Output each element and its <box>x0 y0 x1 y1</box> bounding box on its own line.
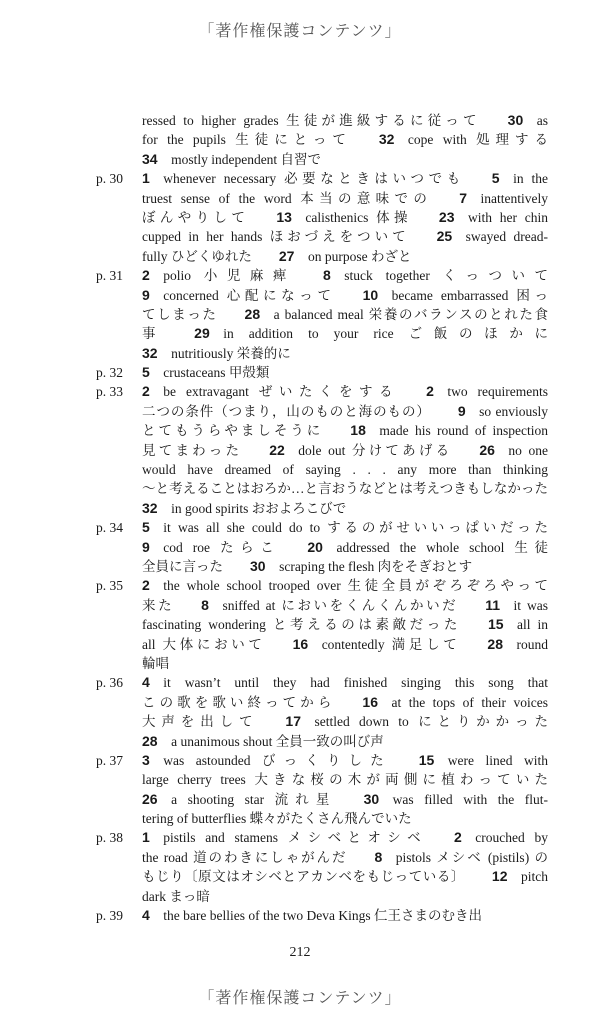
text-line: 9 concerned 心配になって 10 became embarrassed… <box>142 286 548 305</box>
gloss-text: at the tops of their voices <box>392 695 549 710</box>
page-label: p. 38 <box>96 828 142 906</box>
line-number: 2 <box>142 577 150 593</box>
gloss-text: it was all she could do to するのがせいいっぱいだった <box>163 520 548 535</box>
line-number: 5 <box>142 519 150 535</box>
text-line: 輪唱 <box>142 654 548 673</box>
gloss-text: dole out 分けてあげる <box>298 443 452 458</box>
text-line: fascinating wondering と考えるのは素敵だった 15 all… <box>142 615 548 634</box>
line-number: 26 <box>479 442 495 458</box>
gloss-text: as <box>537 113 548 128</box>
entry-lines: 1 whenever necessary 必要なときはいつでも 5 in the… <box>142 169 548 266</box>
entry-lines: 2 polio 小児麻痺 8 stuck together くっついて9 con… <box>142 266 548 363</box>
page-number: 212 <box>0 945 600 961</box>
line-number: 10 <box>363 287 379 303</box>
text-line: ぼんやりして 13 calisthenics 体操 23 with her ch… <box>142 208 548 227</box>
line-number: 5 <box>142 364 150 380</box>
line-number: 30 <box>250 558 266 574</box>
page-entry: p. 364 it wasn’t until they had finished… <box>96 673 548 751</box>
line-number: 32 <box>142 500 158 516</box>
line-number: 12 <box>492 868 508 884</box>
line-number: 7 <box>459 190 467 206</box>
line-number: 9 <box>458 403 466 419</box>
gloss-text: round <box>517 637 549 652</box>
page-entry: p. 352 the whole school trooped over 生徒全… <box>96 576 548 673</box>
text-line: 3 was astounded びっくりした 15 were lined wit… <box>142 751 548 770</box>
gloss-text: the road 道のわきにしゃがんだ <box>142 850 347 865</box>
line-number: 20 <box>307 539 323 555</box>
line-number: 16 <box>362 694 378 710</box>
gloss-text: in addition to your rice ご飯のほかに <box>223 326 548 341</box>
page-label: p. 32 <box>96 363 142 382</box>
entry-lines: 5 crustaceans 甲殻類 <box>142 363 548 382</box>
text-line: 28 a unanimous shout 全員一致の叫び声 <box>142 732 548 751</box>
gloss-text: on purpose わざと <box>308 249 412 264</box>
page-entries: p. 301 whenever necessary 必要なときはいつでも 5 i… <box>96 169 548 925</box>
text-line: would have dreamed of saying . . . any m… <box>142 460 548 479</box>
gloss-text: settled down to にとりかかった <box>315 714 549 729</box>
gloss-text: ressed to higher grades 生徒が進級するに従って <box>142 113 481 128</box>
gloss-text: 全員に言った <box>142 559 223 574</box>
gloss-text: 事 <box>142 326 167 341</box>
line-number: 9 <box>142 287 150 303</box>
text-line: ～と考えることはおろか…と言おうなどとは考えつきもしなかった <box>142 479 548 498</box>
line-number: 32 <box>379 131 395 147</box>
line-number: 8 <box>201 597 209 613</box>
text-line: 2 be extravagant ぜいたくをする 2 two requireme… <box>142 382 548 401</box>
gloss-text: the bare bellies of the two Deva Kings 仁… <box>163 908 482 923</box>
gloss-text: crouched by <box>475 830 548 845</box>
gloss-text: concerned 心配になって <box>163 288 335 303</box>
gloss-text: a unanimous shout 全員一致の叫び声 <box>171 734 384 749</box>
line-number: 15 <box>488 616 504 632</box>
line-number: 9 <box>142 539 150 555</box>
gloss-text: pitch <box>521 869 548 884</box>
gloss-text: fully ひどくゆれた <box>142 249 252 264</box>
entry-lines: 1 pistils and stamens メシベとオシベ 2 crouched… <box>142 828 548 906</box>
line-number: 2 <box>426 383 434 399</box>
gloss-text: in good spirits おおよろこびで <box>171 501 346 516</box>
text-line: 2 polio 小児麻痺 8 stuck together くっついて <box>142 266 548 285</box>
text-line: 事 29 in addition to your rice ご飯のほかに <box>142 324 548 343</box>
gloss-text: もじり〔原文はオシベとアカンベをもじっている〕 <box>142 869 465 884</box>
copyright-watermark-bottom: 「著作権保護コンテンツ」 <box>0 985 600 1008</box>
text-line: for the pupils 生徒にとって 32 cope with 処理する <box>142 130 548 149</box>
gloss-text: the whole school trooped over 生徒全員がぞろぞろや… <box>163 578 548 593</box>
gloss-text: cope with 処理する <box>408 132 548 147</box>
line-number: 13 <box>276 209 292 225</box>
gloss-text: were lined with <box>448 753 548 768</box>
line-number: 32 <box>142 345 158 361</box>
text-line: large cherry trees 大きな桜の木が両側に植わっていた <box>142 770 548 789</box>
entry-lines: 2 be extravagant ぜいたくをする 2 two requireme… <box>142 382 548 518</box>
gloss-text: whenever necessary 必要なときはいつでも <box>163 171 464 186</box>
line-number: 23 <box>439 209 455 225</box>
line-number: 16 <box>293 636 309 652</box>
text-line: とてもうらやましそうに 18 made his round of inspect… <box>142 421 548 440</box>
gloss-text: 輪唱 <box>142 656 169 671</box>
gloss-text: cupped in her hands ほおづえをついて <box>142 229 410 244</box>
copyright-watermark-top: 「著作権保護コンテンツ」 <box>0 18 600 41</box>
gloss-text: ぼんやりして <box>142 210 249 225</box>
text-line: 34 mostly independent 自習で <box>142 150 548 169</box>
gloss-text: swayed dread- <box>466 229 548 244</box>
text-line: 来た 8 sniffed at においをくんくんかいだ 11 it was <box>142 596 548 615</box>
gloss-text: made his round of inspection <box>379 423 548 438</box>
glossary-notes: ressed to higher grades 生徒が進級するに従って 30 a… <box>96 111 548 925</box>
page-label: p. 37 <box>96 751 142 829</box>
gloss-text: pistols メシベ (pistils) の <box>396 850 548 865</box>
gloss-text: sniffed at においをくんくんかいだ <box>222 598 458 613</box>
text-line: the road 道のわきにしゃがんだ 8 pistols メシベ (pisti… <box>142 848 548 867</box>
line-number: 30 <box>508 112 524 128</box>
gloss-text: 来た <box>142 598 174 613</box>
gloss-text: てしまった <box>142 307 218 322</box>
line-number: 15 <box>419 752 435 768</box>
line-number: 2 <box>142 383 150 399</box>
text-line: 26 a shooting star 流れ星 30 was filled wit… <box>142 790 548 809</box>
line-number: 11 <box>485 597 500 613</box>
text-line: 9 cod roe たらこ 20 addressed the whole sch… <box>142 538 548 557</box>
text-line: 見てまわった 22 dole out 分けてあげる 26 no one <box>142 441 548 460</box>
gloss-text: 見てまわった <box>142 443 242 458</box>
line-number: 22 <box>269 442 285 458</box>
text-line: 1 whenever necessary 必要なときはいつでも 5 in the <box>142 169 548 188</box>
gloss-text: all in <box>517 617 548 632</box>
gloss-text: for the pupils 生徒にとって <box>142 132 352 147</box>
gloss-text: inattentively <box>481 191 548 206</box>
line-number: 27 <box>279 248 295 264</box>
gloss-text: mostly independent 自習で <box>171 152 321 167</box>
page-label: p. 30 <box>96 169 142 266</box>
gloss-text: addressed the whole school 生徒 <box>336 540 548 555</box>
gloss-text: it was <box>514 598 548 613</box>
gloss-text: would have dreamed of saying . . . any m… <box>142 462 548 477</box>
gloss-text: truest sense of the word 本当の意味での <box>142 191 432 206</box>
gloss-text: a shooting star 流れ星 <box>171 792 337 807</box>
text-line: cupped in her hands ほおづえをついて 25 swayed d… <box>142 227 548 246</box>
gloss-text: contentedly 満足して <box>322 637 461 652</box>
gloss-text: so enviously <box>479 404 548 419</box>
page-entry: p. 373 was astounded びっくりした 15 were line… <box>96 751 548 829</box>
gloss-text: a balanced meal 栄養のバランスのとれた食 <box>274 307 548 322</box>
text-line: もじり〔原文はオシベとアカンベをもじっている〕 12 pitch <box>142 867 548 886</box>
line-number: 25 <box>437 228 453 244</box>
line-number: 29 <box>194 325 210 341</box>
gloss-text: nutritiously 栄養的に <box>171 346 291 361</box>
text-line: 4 the bare bellies of the two Deva Kings… <box>142 906 548 925</box>
text-line: 5 crustaceans 甲殻類 <box>142 363 548 382</box>
text-line: 二つの条件（つまり，山のものと海のもの） 9 so enviously <box>142 402 548 421</box>
continuation-entry: ressed to higher grades 生徒が進級するに従って 30 a… <box>96 111 548 169</box>
page-label: p. 36 <box>96 673 142 751</box>
page-entry: p. 345 it was all she could do to するのがせい… <box>96 518 548 576</box>
gloss-text: scraping the flesh 肉をそぎおとす <box>279 559 472 574</box>
line-number: 4 <box>142 674 150 690</box>
text-line: dark まっ暗 <box>142 887 548 906</box>
text-line: truest sense of the word 本当の意味での 7 inatt… <box>142 189 548 208</box>
gloss-text: ～と考えることはおろか…と言おうなどとは考えつきもしなかった <box>142 481 548 496</box>
text-line: この歌を歌い終ってから 16 at the tops of their voic… <box>142 693 548 712</box>
page-label <box>96 111 142 169</box>
page-entry: p. 325 crustaceans 甲殻類 <box>96 363 548 382</box>
gloss-text: no one <box>508 443 548 458</box>
entry-lines: 4 it wasn’t until they had finished sing… <box>142 673 548 751</box>
gloss-text: became embarrassed 困っ <box>392 288 548 303</box>
text-line: tering of butterflies 蝶々がたくさん飛んでいた <box>142 809 548 828</box>
line-number: 30 <box>364 791 380 807</box>
gloss-text: 大声を出して <box>142 714 258 729</box>
gloss-text: was filled with the flut- <box>393 792 548 807</box>
text-line: ressed to higher grades 生徒が進級するに従って 30 a… <box>142 111 548 130</box>
gloss-text: two requirements <box>447 384 548 399</box>
entry-lines: 2 the whole school trooped over 生徒全員がぞろぞ… <box>142 576 548 673</box>
gloss-text: dark まっ暗 <box>142 889 210 904</box>
page-label: p. 33 <box>96 382 142 518</box>
gloss-text: polio 小児麻痺 <box>163 268 296 283</box>
line-number: 5 <box>492 170 500 186</box>
text-line: 大声を出して 17 settled down to にとりかかった <box>142 712 548 731</box>
line-number: 28 <box>245 306 261 322</box>
gloss-text: all 大体において <box>142 637 266 652</box>
text-line: 5 it was all she could do to するのがせいいっぱいだ… <box>142 518 548 537</box>
page-entry: p. 312 polio 小児麻痺 8 stuck together くっついて… <box>96 266 548 363</box>
line-number: 28 <box>142 733 158 749</box>
text-line: 32 nutritiously 栄養的に <box>142 344 548 363</box>
gloss-text: be extravagant ぜいたくをする <box>163 384 399 399</box>
entry-lines: ressed to higher grades 生徒が進級するに従って 30 a… <box>142 111 548 169</box>
page-entry: p. 394 the bare bellies of the two Deva … <box>96 906 548 925</box>
page-entry: p. 332 be extravagant ぜいたくをする 2 two requ… <box>96 382 548 518</box>
line-number: 2 <box>142 267 150 283</box>
page-label: p. 34 <box>96 518 142 576</box>
gloss-text: 二つの条件（つまり，山のものと海のもの） <box>142 404 431 419</box>
gloss-text: fascinating wondering と考えるのは素敵だった <box>142 617 461 632</box>
page-label: p. 39 <box>96 906 142 925</box>
entry-lines: 3 was astounded びっくりした 15 were lined wit… <box>142 751 548 829</box>
gloss-text: was astounded びっくりした <box>163 753 391 768</box>
page-label: p. 35 <box>96 576 142 673</box>
text-line: 1 pistils and stamens メシベとオシベ 2 crouched… <box>142 828 548 847</box>
text-line: 4 it wasn’t until they had finished sing… <box>142 673 548 692</box>
page-label: p. 31 <box>96 266 142 363</box>
gloss-text: cod roe たらこ <box>163 540 280 555</box>
gloss-text: tering of butterflies 蝶々がたくさん飛んでいた <box>142 811 412 826</box>
line-number: 1 <box>142 829 150 845</box>
gloss-text: stuck together くっついて <box>344 268 548 283</box>
text-line: fully ひどくゆれた 27 on purpose わざと <box>142 247 548 266</box>
gloss-text: この歌を歌い終ってから <box>142 695 335 710</box>
gloss-text: calisthenics 体操 <box>305 210 412 225</box>
line-number: 2 <box>454 829 462 845</box>
text-line: all 大体において 16 contentedly 満足して 28 round <box>142 635 548 654</box>
line-number: 4 <box>142 907 150 923</box>
gloss-text: pistils and stamens メシベとオシベ <box>163 830 427 845</box>
text-line: てしまった 28 a balanced meal 栄養のバランスのとれた食 <box>142 305 548 324</box>
line-number: 18 <box>350 422 366 438</box>
gloss-text: crustaceans 甲殻類 <box>163 365 269 380</box>
gloss-text: とてもうらやましそうに <box>142 423 323 438</box>
text-line: 全員に言った 30 scraping the flesh 肉をそぎおとす <box>142 557 548 576</box>
page-entry: p. 301 whenever necessary 必要なときはいつでも 5 i… <box>96 169 548 266</box>
line-number: 26 <box>142 791 158 807</box>
line-number: 28 <box>487 636 503 652</box>
line-number: 1 <box>142 170 150 186</box>
gloss-text: with her chin <box>468 210 548 225</box>
entry-lines: 5 it was all she could do to するのがせいいっぱいだ… <box>142 518 548 576</box>
gloss-text: it wasn’t until they had finished singin… <box>163 675 548 690</box>
line-number: 8 <box>323 267 331 283</box>
entry-lines: 4 the bare bellies of the two Deva Kings… <box>142 906 548 925</box>
line-number: 34 <box>142 151 158 167</box>
line-number: 17 <box>285 713 301 729</box>
page-entry: p. 381 pistils and stamens メシベとオシベ 2 cro… <box>96 828 548 906</box>
text-line: 32 in good spirits おおよろこびで <box>142 499 548 518</box>
gloss-text: large cherry trees 大きな桜の木が両側に植わっていた <box>142 772 548 787</box>
text-line: 2 the whole school trooped over 生徒全員がぞろぞ… <box>142 576 548 595</box>
line-number: 3 <box>142 752 150 768</box>
line-number: 8 <box>374 849 382 865</box>
gloss-text: in the <box>513 171 548 186</box>
